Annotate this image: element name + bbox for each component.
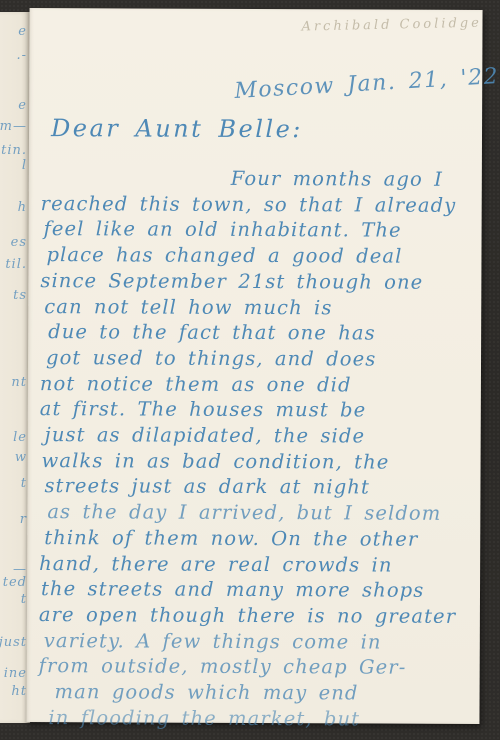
letter-line: streets just as dark at night (44, 474, 479, 502)
left-page-text-fragment: le (13, 430, 27, 445)
letter-line: man goods which may end (55, 679, 479, 707)
scan-background: e .- e m— tin. l h es til. ts nt le w t … (0, 0, 500, 740)
left-page-text-fragment: just (0, 635, 27, 650)
letter-line: can not tell how much is (44, 294, 480, 322)
letter-line: due to the fact that one has (48, 319, 480, 347)
letter-dateline: Moscow Jan. 21, '22 (234, 64, 500, 104)
left-page-text-fragment: ine (4, 666, 27, 681)
letter-line: think of them now. On the other (44, 525, 479, 553)
left-page-text-fragment: es (11, 235, 27, 250)
letter-page: Archibald Coolidge Moscow Jan. 21, '22 D… (26, 8, 482, 724)
letter-line: the streets and many more shops (41, 576, 479, 604)
left-page-text-fragment: ts (13, 288, 27, 303)
letter-line: are open though there is no greater (39, 602, 479, 630)
letter-line: reached this town, so that I already (41, 191, 481, 219)
left-page-text-fragment: ted (3, 575, 27, 590)
letter-line: variety. A few things come in (44, 628, 479, 656)
left-page-text-fragment: r (20, 512, 27, 527)
letter-line: place has changed a good deal (46, 242, 480, 270)
left-page-text-fragment: e (18, 24, 27, 39)
letter-body: Four months ago I reached this town, so … (38, 165, 480, 732)
left-page-text-fragment: ht (11, 684, 27, 699)
letter-line: feel like an old inhabitant. The (44, 216, 481, 244)
letter-line: walks in as bad condition, the (42, 448, 480, 476)
left-page-text-fragment: nt (11, 375, 27, 390)
letter-line: as the day I arrived, but I seldom (47, 499, 479, 527)
letter-line: not notice them as one did (40, 371, 480, 399)
left-page-text-fragment: h (18, 200, 27, 215)
letter-line: since September 21st though one (40, 268, 480, 296)
letter-line: from outside, mostly cheap Ger- (39, 653, 479, 681)
left-page-text-fragment: .- (16, 48, 27, 63)
pencil-annotation: Archibald Coolidge (301, 16, 482, 35)
left-page-text-fragment: e (18, 98, 27, 113)
left-page-text-fragment: w (15, 450, 27, 465)
letter-line: just as dilapidated, the side (45, 422, 480, 450)
left-page-text-fragment: m— (0, 119, 27, 134)
letter-line: at first. The houses must be (40, 396, 480, 424)
letter-line: hand, there are real crowds in (39, 551, 479, 579)
adjacent-page-edge: e .- e m— tin. l h es til. ts nt le w t … (0, 12, 30, 723)
letter-line: in flooding the market, but (48, 705, 478, 733)
letter-line: Four months ago I (231, 166, 481, 193)
left-page-text-fragment: l (22, 158, 27, 173)
letter-line: got used to things, and does (46, 345, 480, 373)
left-page-text-fragment: til. (5, 257, 27, 272)
left-page-text-fragment: tin. (1, 143, 27, 158)
left-page-text-fragment: t (21, 476, 27, 491)
letter-salutation: Dear Aunt Belle: (51, 114, 303, 143)
